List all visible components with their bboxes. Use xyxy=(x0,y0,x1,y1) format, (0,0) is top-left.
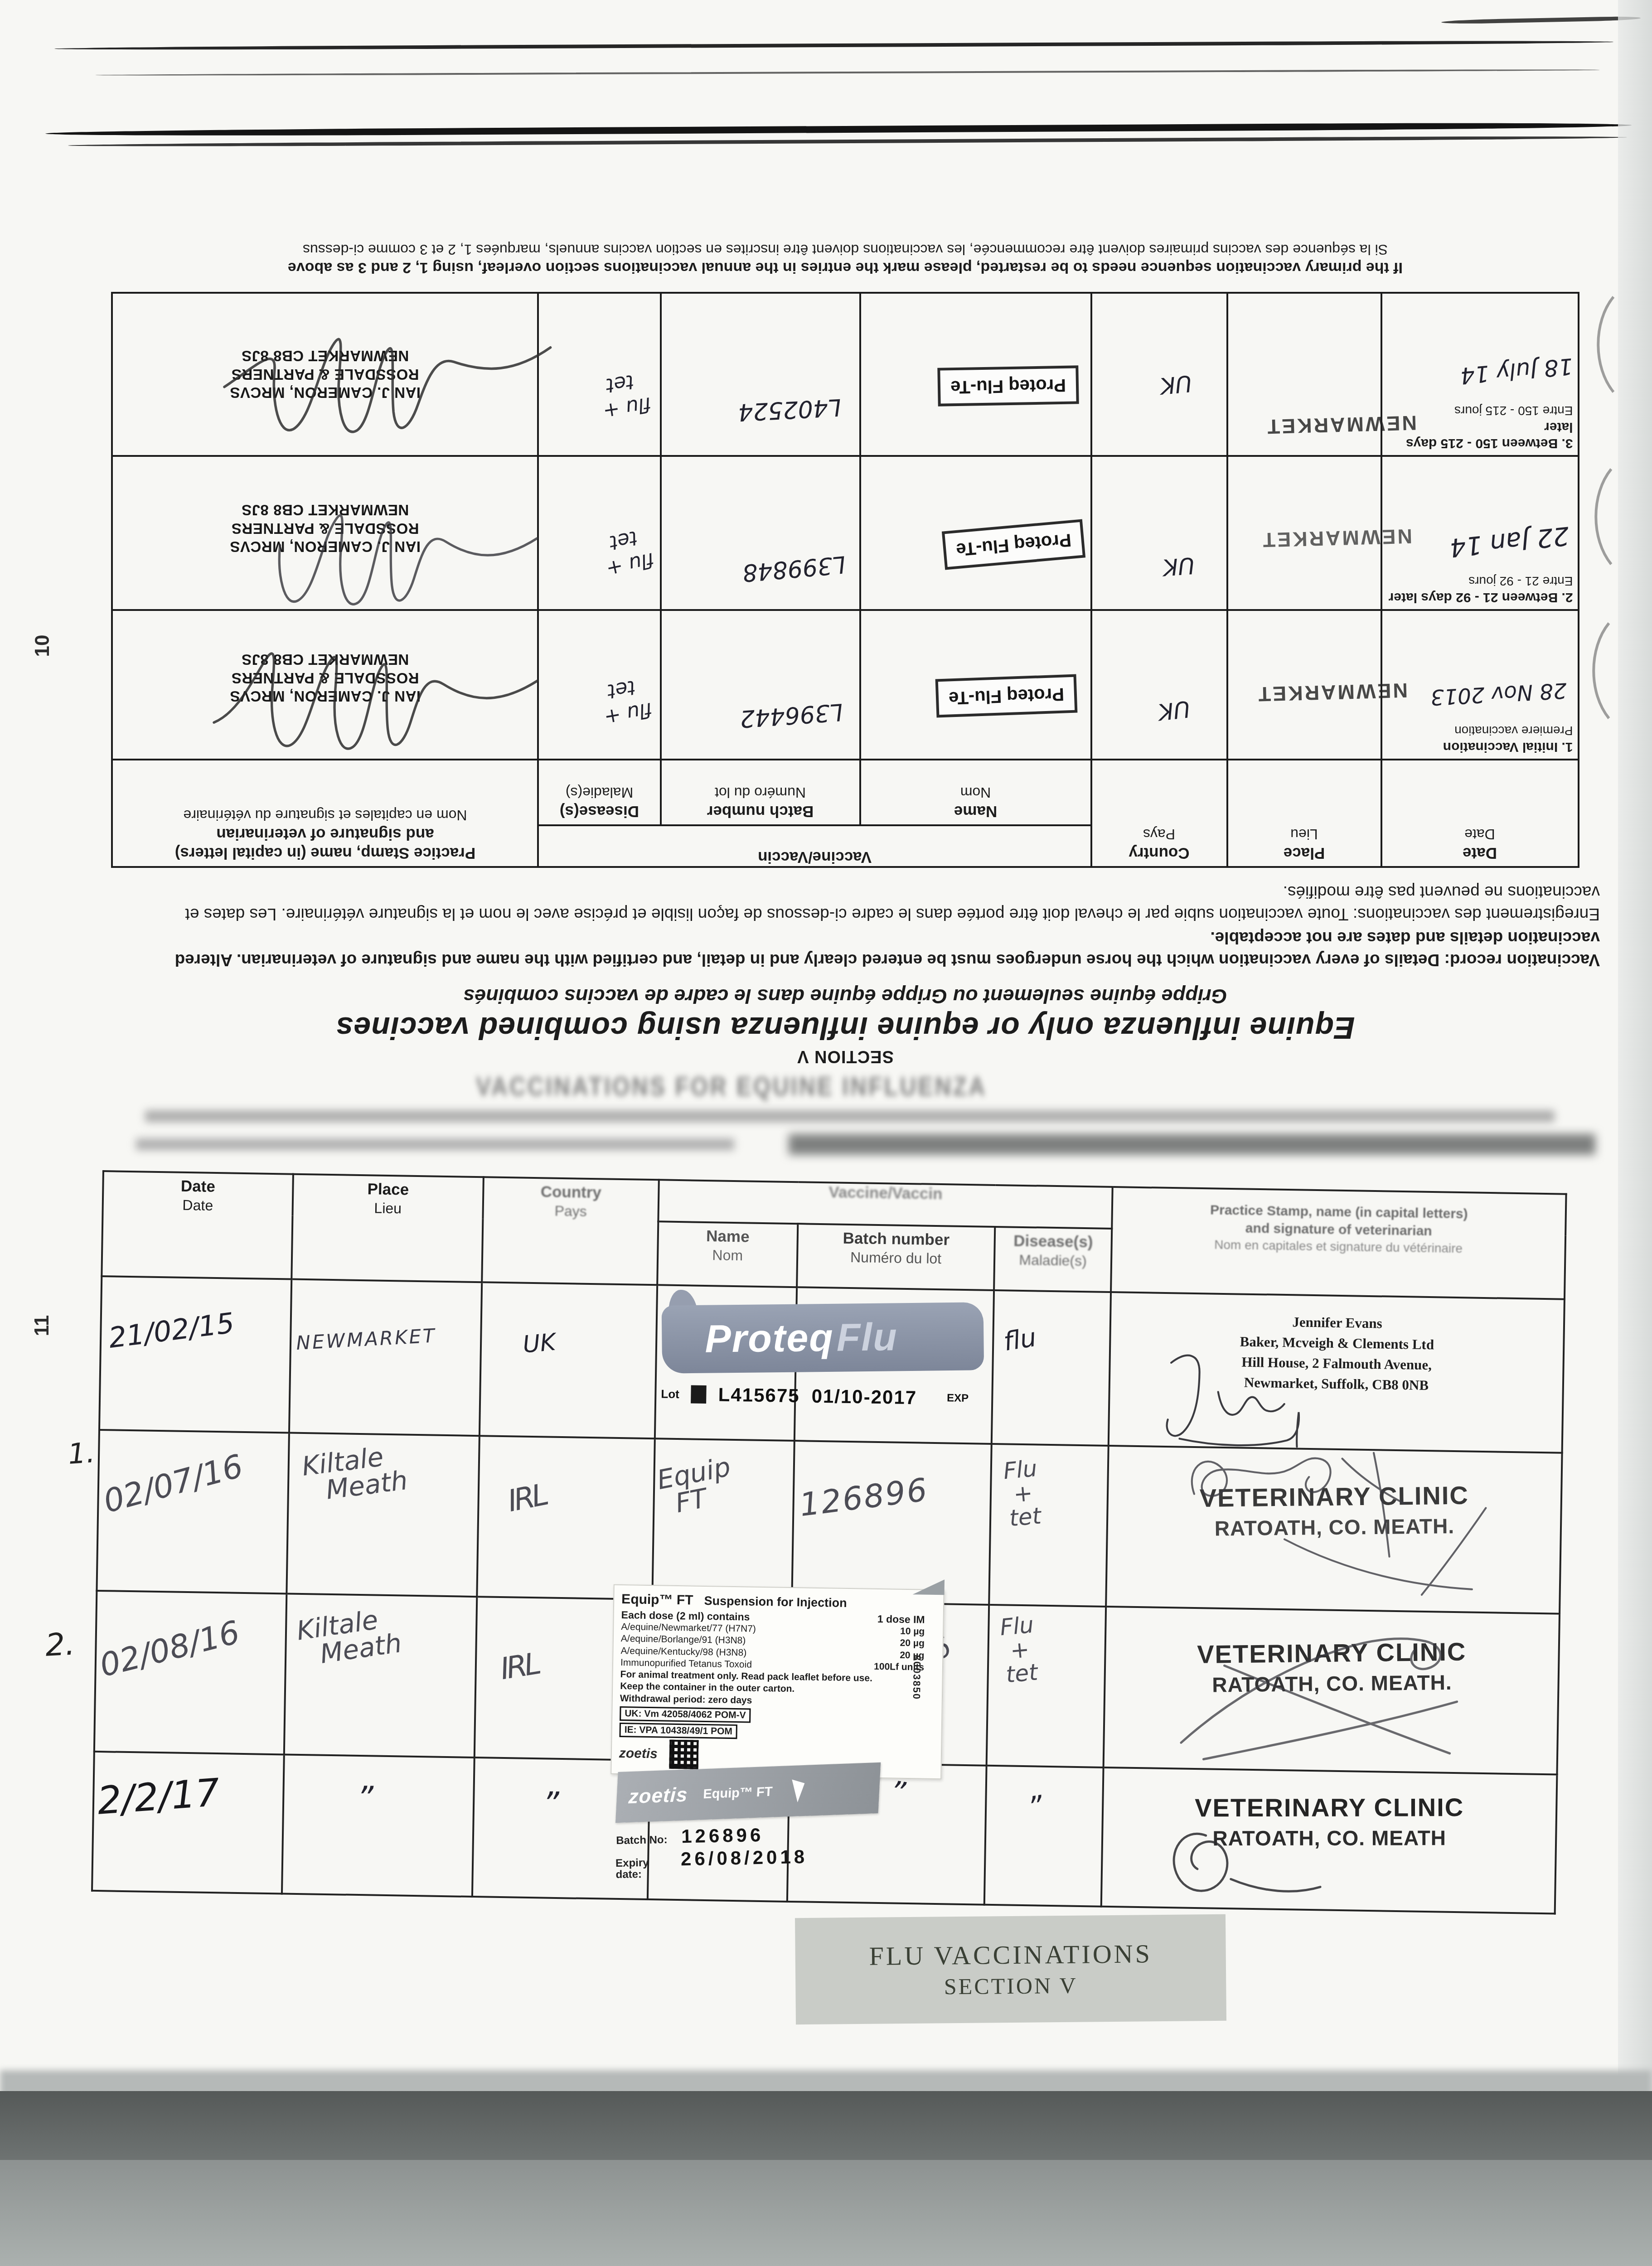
handwritten-date: 02/07/16 xyxy=(100,1436,289,1520)
tab-line-1: FLU VACCINATIONS xyxy=(869,1938,1152,1971)
col-header-disease: Disease(s) Maladie(s) xyxy=(538,760,661,825)
handwritten-place: Kiltale Meath xyxy=(295,1593,478,1670)
col-header-name: Name Nom xyxy=(860,760,1091,825)
section-heading-en: Equine influenza only or equine influenz… xyxy=(91,1012,1600,1044)
table-row: 3. Between 150 - 215 days later Entre 15… xyxy=(112,293,1579,456)
handwritten-batch-number: 126896 xyxy=(798,1463,992,1524)
handwritten-disease: flu + tet xyxy=(535,523,656,595)
expiry-label: Expiry date: xyxy=(615,1857,670,1881)
proteq-flu-te-vaccine-stamp: Proteq Flu-Te xyxy=(942,519,1085,570)
handwritten-country: UK xyxy=(1091,552,1195,586)
ditto-mark: ” xyxy=(1026,1780,1105,1825)
ghost-showthrough-bar xyxy=(789,1134,1595,1155)
upside-down-page-section: SECTION V Equine influenza only or equin… xyxy=(91,160,1600,1066)
col-header-practice-stamp: Practice Stamp, name (in capital letters… xyxy=(1111,1187,1566,1299)
flu-vaccination-table: Date Date Place Lieu Country Pays Vaccin… xyxy=(91,1170,1567,1915)
ditto-mark: ” xyxy=(357,1779,473,1818)
ingredient-amount: 20 µg xyxy=(900,1637,925,1650)
col-header-vaccine: Vaccine/Vaccin xyxy=(658,1180,1112,1229)
sticker-product: Equip™ FT xyxy=(703,1784,773,1802)
ratoath-practice-stamp: VETERINARY CLINIC RATOATH, CO. MEATH. xyxy=(1108,1480,1560,1542)
handwritten-date: 18 July 14 xyxy=(1381,353,1574,396)
page-curl-shadow xyxy=(0,2160,1652,2266)
handwritten-country: UK xyxy=(522,1320,656,1359)
flu-vaccination-table-section: Date Date Place Lieu Country Pays Vaccin… xyxy=(91,1170,1565,1915)
handwritten-country: IRL xyxy=(505,1456,655,1519)
col-header-place: Place Lieu xyxy=(1227,760,1381,867)
expiry-date: 26/08/2018 xyxy=(681,1846,808,1870)
equip-ft-leaflet-sticker: Equip™ FT Suspension for Injection Each … xyxy=(610,1584,944,1779)
section-label: SECTION V xyxy=(91,1046,1600,1066)
cameron-practice-stamp: IAN J. CAMERON, MRCVS ROSSDALE & PARTNER… xyxy=(113,650,538,705)
zoetis-logo: zoetis xyxy=(628,1783,688,1808)
newmarket-place-stamp: NEWMARKET xyxy=(1228,678,1408,707)
handwritten-batch-number: L396442 xyxy=(661,698,843,738)
scan-artifact-line xyxy=(54,40,1613,50)
row-schedule-label-en: 2. Between 21 - 92 days later xyxy=(1387,589,1573,605)
ratoath-practice-stamp: VETERINARY CLINIC RATOATH, CO. MEATH. xyxy=(1105,1636,1558,1698)
restart-footnote-fr: Si la séquence des vaccins primaires doi… xyxy=(91,241,1600,258)
newmarket-place-stamp: NEWMARKET xyxy=(1228,411,1417,440)
page-edge-shadow xyxy=(1618,0,1652,2266)
row-schedule-label-en: 1. Initial Vaccination xyxy=(1387,739,1573,755)
handwritten-disease: flu xyxy=(1002,1311,1111,1357)
sticker-subtitle: Suspension for Injection xyxy=(704,1594,847,1610)
table-row: 2. Between 21 - 92 days later Entre 21 -… xyxy=(112,456,1579,610)
handwritten-disease: flu + tet xyxy=(536,367,653,434)
proteq-flu-te-vaccine-stamp: Proteq Flu-Te xyxy=(937,365,1079,406)
col-header-country: Country Pays xyxy=(482,1177,659,1285)
col-header-country: Country Pays xyxy=(1091,760,1227,867)
page-number-10: 10 xyxy=(31,635,54,657)
batch-number: 126896 xyxy=(681,1824,764,1847)
cameron-practice-stamp: IAN J. CAMERON, MRCVS ROSSDALE & PARTNER… xyxy=(113,347,538,402)
col-header-batch: Batch number Numéro du lot xyxy=(797,1224,995,1290)
barcode-block xyxy=(691,1385,707,1404)
section-heading-fr: Grippe équine seulement ou Grippe équine… xyxy=(91,984,1600,1008)
col-header-date: Date Date xyxy=(102,1171,293,1279)
col-header-batch: Batch number Numéro du lot xyxy=(661,760,860,825)
ghost-showthrough-bar xyxy=(136,1138,734,1150)
page-number-11: 11 xyxy=(31,1315,53,1336)
handwritten-date: 2/2/17 xyxy=(96,1766,284,1823)
license-code-uk: UK: Vm 42058/4062 POM-V xyxy=(620,1706,751,1723)
vaccination-record-note-en: Vaccination record: Details of every vac… xyxy=(91,927,1600,971)
col-header-disease: Disease(s) Maladie(s) xyxy=(994,1227,1112,1292)
license-code-ie: IE: VPA 10438/49/1 POM xyxy=(619,1723,737,1739)
sticker-side-number: 8003850 xyxy=(911,1655,923,1700)
jennifer-evans-practice-stamp: Jennifer Evans Baker, Mcveigh & Clements… xyxy=(1110,1309,1564,1398)
ghost-showthrough-bar xyxy=(145,1110,1555,1122)
edge-pen-mark xyxy=(1582,616,1618,725)
handwritten-batch-number: L399848 xyxy=(661,550,847,593)
newmarket-place-stamp: NEWMARKET xyxy=(1228,524,1412,553)
handwritten-date: 28 Nov 2013 xyxy=(1381,678,1567,712)
table-row: 2/2/17 ” ” zoetis Equip™ FT Batch No: 12… xyxy=(92,1752,1557,1914)
scan-artifact-line xyxy=(68,136,1627,147)
cameron-practice-stamp: IAN J. CAMERON, MRCVS ROSSDALE & PARTNER… xyxy=(113,501,538,556)
section-tab-label: FLU VACCINATIONS SECTION V xyxy=(795,1914,1226,2024)
col-header-date: Date Date xyxy=(1381,760,1579,867)
ingredient-amount: 10 µg xyxy=(900,1626,925,1638)
edge-pen-mark xyxy=(1584,462,1620,571)
row-schedule-label-fr: Entre 21 - 92 jours xyxy=(1387,573,1573,589)
lot-number: L415675 xyxy=(718,1384,800,1407)
tab-line-2: SECTION V xyxy=(944,1972,1078,2000)
edge-pen-mark xyxy=(1586,290,1623,399)
handwritten-place: Kiltale Meath xyxy=(300,1432,480,1506)
dose-value: 1 dose IM xyxy=(877,1613,925,1626)
handwritten-vaccine-name: Equip FT xyxy=(655,1442,797,1519)
sticker-product: Equip™ FT xyxy=(621,1592,693,1608)
ghost-showthrough-heading: VACCINATIONS FOR EQUINE INFLUENZA xyxy=(476,1071,987,1102)
col-header-place: Place Lieu xyxy=(291,1174,484,1283)
page-curl-shadow xyxy=(0,2091,1652,2160)
margin-row-mark-2: 2. xyxy=(44,1626,76,1663)
ratoath-practice-stamp: VETERINARY CLINIC RATOATH, CO. MEATH xyxy=(1104,1792,1555,1851)
row-schedule-label-fr: Premiere vaccination xyxy=(1387,723,1573,739)
scan-artifact-line xyxy=(45,122,1632,137)
arrow-icon xyxy=(785,1779,804,1802)
scanned-vaccination-record-page: SECTION V Equine influenza only or equin… xyxy=(0,0,1652,2266)
handwritten-date: 21/02/15 xyxy=(107,1299,291,1355)
handwritten-disease: Flu + tet xyxy=(999,1607,1107,1687)
handwritten-batch-number: L402524 xyxy=(661,393,842,430)
ditto-mark: ” xyxy=(887,1775,987,1823)
batch-label: Batch No: xyxy=(616,1834,670,1846)
table-row: 02/08/16 Kiltale Meath IRL Equip™ FT Sus… xyxy=(94,1591,1560,1775)
proteq-flu-te-vaccine-stamp: Proteq Flu-Te xyxy=(935,674,1077,718)
vaccination-record-note-fr: Enregistrement des vaccinations: Toute v… xyxy=(91,881,1600,925)
table-row: 21/02/15 NEWMARKET UK Proteq Flu Lot xyxy=(99,1276,1565,1453)
handwritten-disease: flu + tet xyxy=(536,672,654,741)
scan-artifact-line xyxy=(1441,16,1641,24)
margin-row-mark-1: 1. xyxy=(67,1436,96,1471)
qr-code xyxy=(669,1740,698,1769)
handwritten-disease: Flu + tet xyxy=(1003,1450,1110,1530)
zoetis-logo: zoetis xyxy=(619,1746,658,1762)
handwritten-country: UK xyxy=(1091,696,1191,732)
handwritten-date: 02/08/16 xyxy=(96,1603,287,1684)
sticker-fold xyxy=(913,1579,945,1595)
col-header-practice-stamp: Practice Stamp, name (in capital letters… xyxy=(112,760,538,867)
handwritten-country: UK xyxy=(1091,370,1192,405)
table-row: 02/07/16 Kiltale Meath IRL Equip FT 1268… xyxy=(97,1430,1562,1614)
zoetis-equip-ft-sticker: zoetis Equip™ FT Batch No: 126896 Expiry… xyxy=(615,1765,880,1880)
scan-artifact-line xyxy=(95,69,1600,76)
primary-vaccination-table: Date Date Place Lieu Country Pays Vaccin… xyxy=(111,292,1579,868)
col-header-name: Name Nom xyxy=(657,1221,798,1287)
col-header-vaccine: Vaccine/Vaccin xyxy=(538,825,1091,867)
handwritten-place: NEWMARKET xyxy=(296,1322,480,1354)
table-row: 1. Initial Vaccination Premiere vaccinat… xyxy=(112,610,1579,760)
restart-footnote-en: If the primary vaccination sequence need… xyxy=(91,259,1600,276)
lot-label: Lot xyxy=(661,1387,679,1401)
